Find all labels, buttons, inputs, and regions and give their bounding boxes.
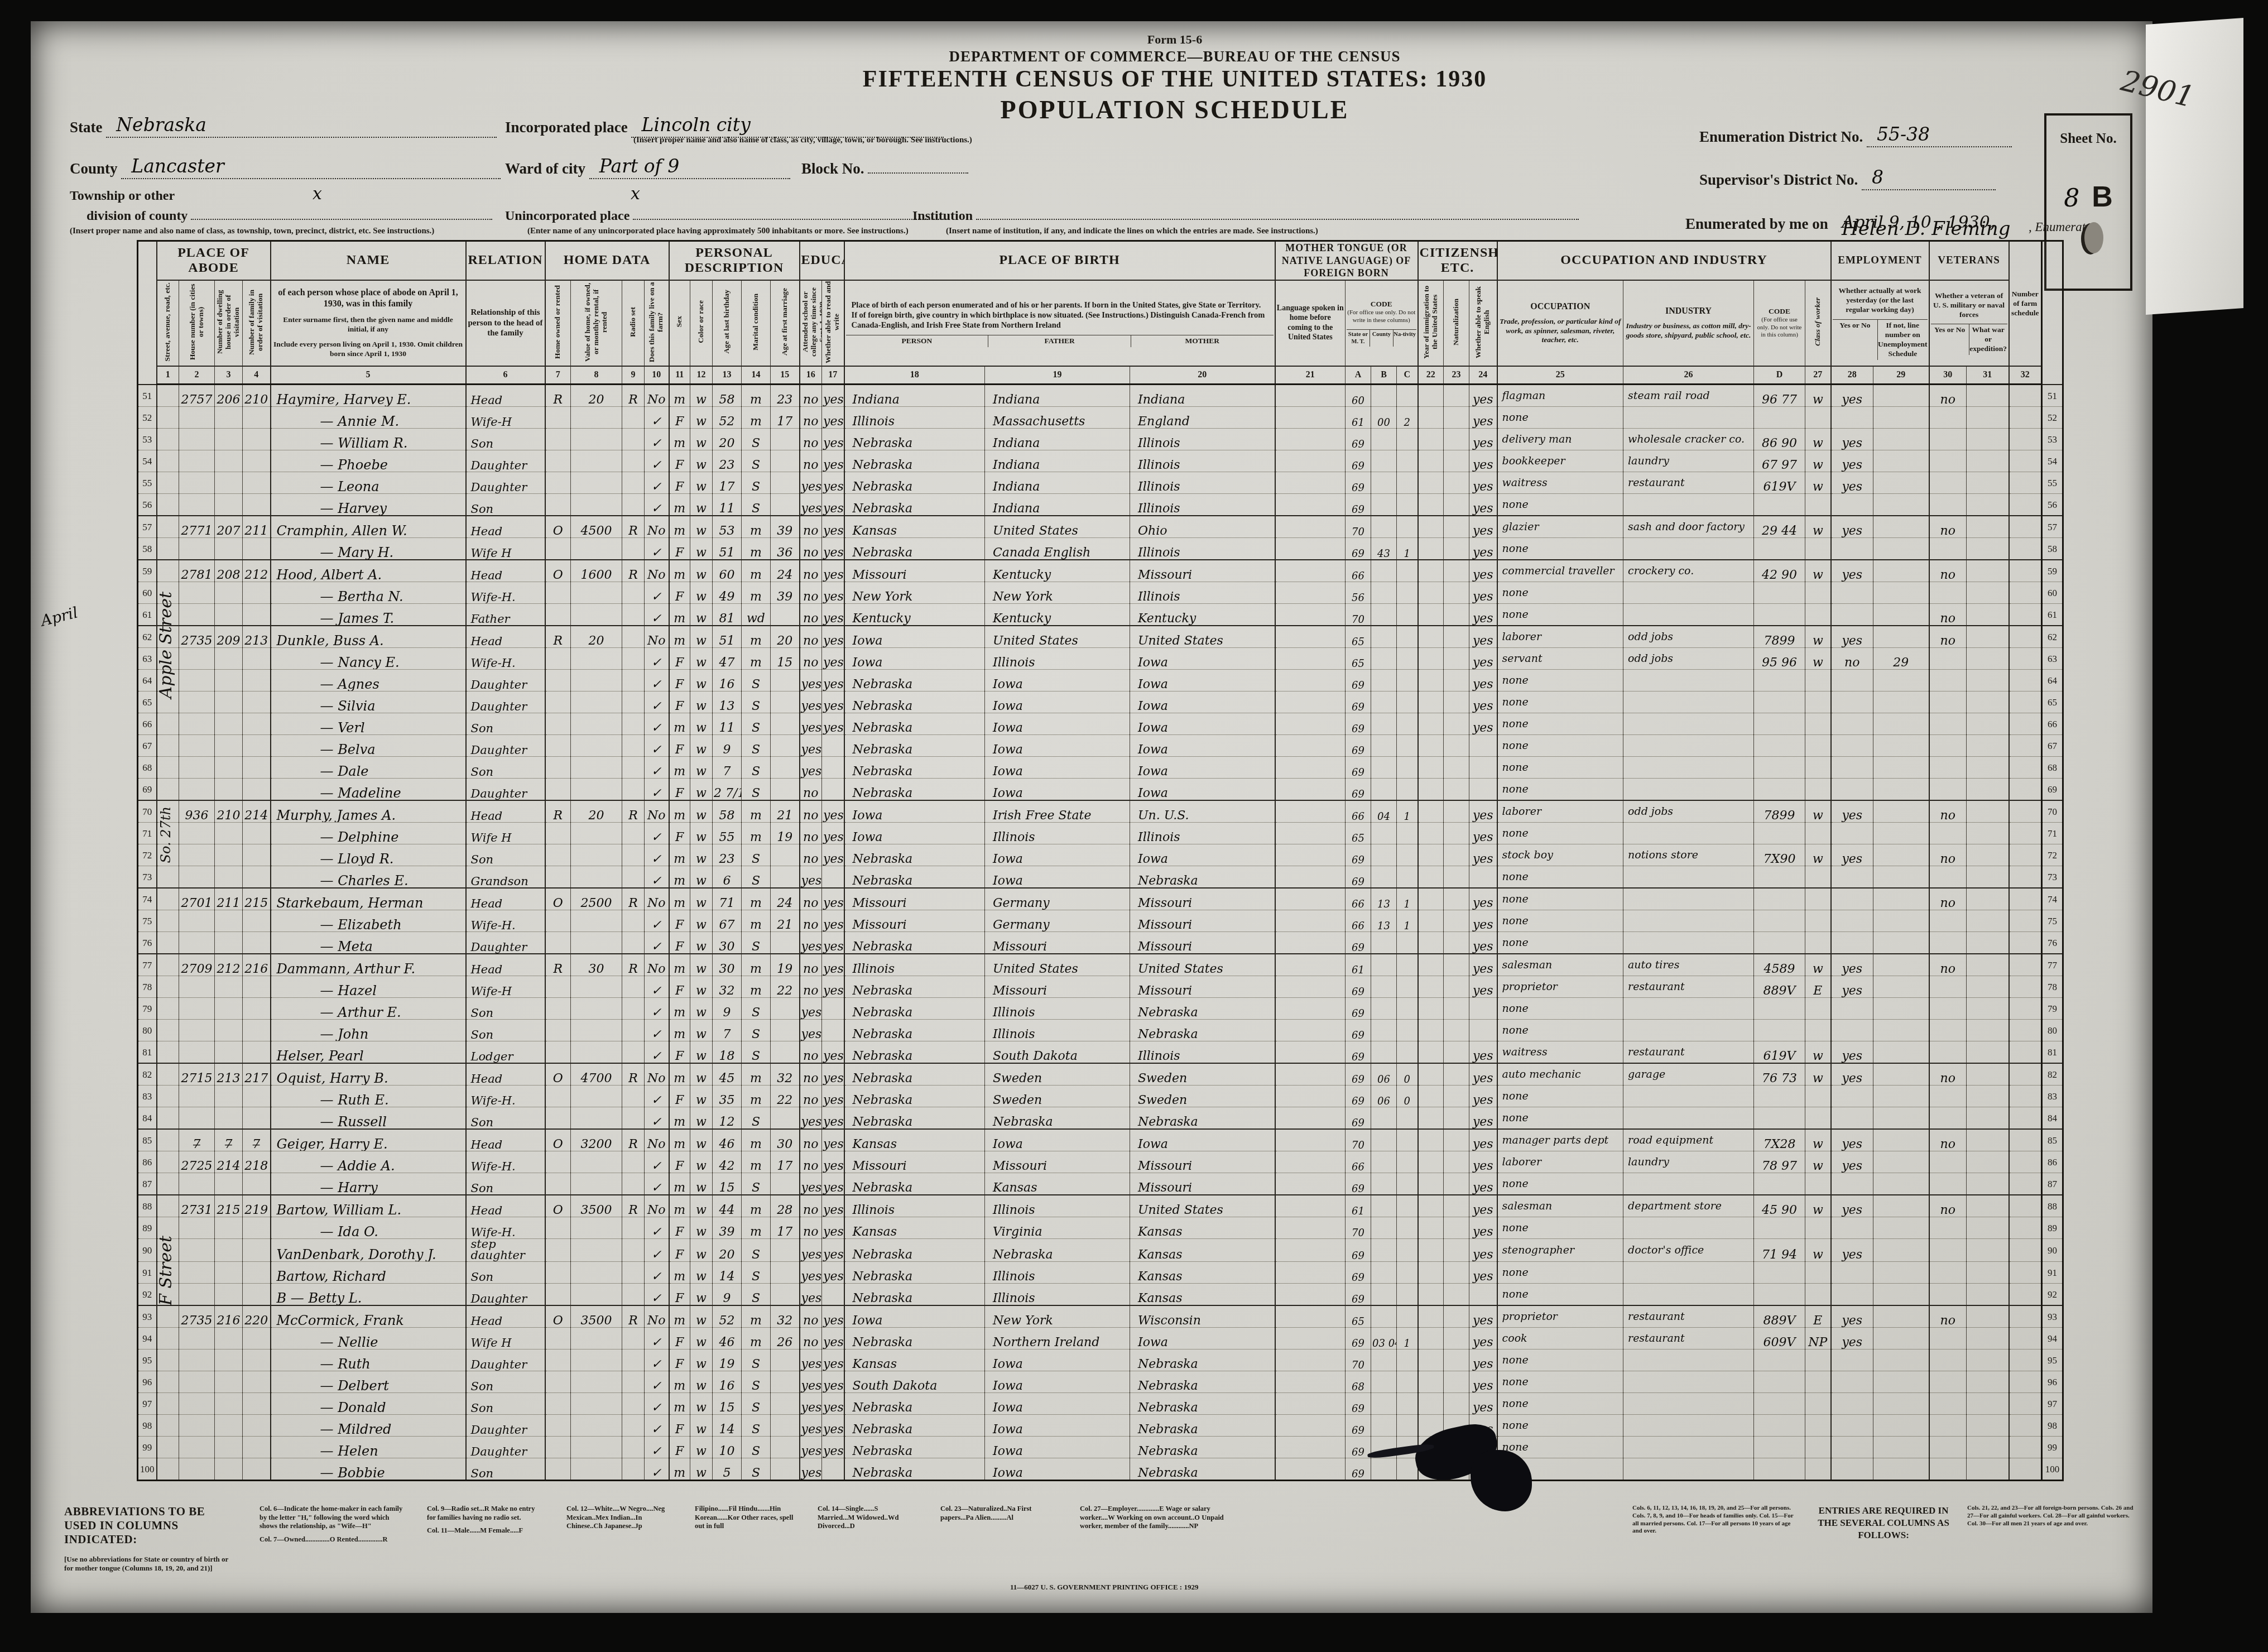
cell-code-d: 889V — [1754, 976, 1805, 998]
cell-name: — Russell — [271, 1107, 466, 1130]
cell-naturalization — [1444, 670, 1469, 691]
cell-veteran — [1929, 450, 1967, 472]
cell-code-c — [1397, 472, 1418, 494]
cell-code-a: 66 — [1346, 910, 1371, 932]
cell-owned-rented — [545, 910, 571, 932]
cell-code-b — [1371, 385, 1397, 407]
cell-birthplace-father: Massachusetts — [985, 407, 1130, 429]
cell-home-value — [571, 1350, 622, 1371]
cell-read-write: yes — [822, 1239, 844, 1262]
line-number-left: 54 — [138, 450, 157, 472]
cell-race: w — [690, 691, 713, 713]
cell-relationship: Daughter — [466, 450, 545, 472]
cell-owned-rented — [545, 538, 571, 560]
cell-occupation: none — [1497, 1217, 1623, 1239]
cell-class-of-worker: w — [1805, 1063, 1831, 1086]
cell-home-value — [571, 1107, 622, 1130]
cell-veteran — [1929, 670, 1967, 691]
cell-code-c — [1397, 1129, 1418, 1151]
cell-attended-school: yes — [800, 713, 822, 735]
cell-read-write: yes — [822, 1415, 844, 1437]
cell-birthplace-mother: Illinois — [1130, 472, 1275, 494]
cell-relationship: Head — [466, 560, 545, 582]
cell-street — [157, 976, 179, 998]
cell-attended-school: no — [800, 1129, 822, 1151]
cell-birthplace-person: Nebraska — [844, 429, 985, 450]
cell-marital: m — [742, 1151, 771, 1173]
cell-house-number — [179, 670, 215, 691]
cell-dwelling-number — [215, 823, 243, 844]
cell-street — [157, 1305, 179, 1328]
cell-unemployment-line — [1873, 713, 1929, 735]
cell-farm: ✓ — [645, 472, 669, 494]
cell-age: 42 — [713, 1151, 742, 1173]
footer-col23: Col. 23—Naturalized..Na First papers...P… — [940, 1505, 1046, 1522]
cell-code-a: 66 — [1346, 1151, 1371, 1173]
cell-dwelling-number — [215, 998, 243, 1020]
group-employment: EMPLOYMENT — [1831, 241, 1929, 280]
cell-age-first-marriage — [771, 494, 800, 516]
cell-class-of-worker — [1805, 998, 1831, 1020]
cell-radio-set — [622, 823, 645, 844]
cell-farm-schedule — [2009, 1371, 2042, 1393]
cell-birthplace-person: Missouri — [844, 888, 985, 910]
cell-age: 15 — [713, 1173, 742, 1195]
cell-speak-english: yes — [1469, 407, 1497, 429]
cell-family-number — [243, 670, 271, 691]
cell-code-c: 1 — [1397, 1328, 1418, 1350]
line-number-left: 83 — [138, 1086, 157, 1107]
cell-war — [1967, 1129, 2009, 1151]
cell-naturalization — [1444, 429, 1469, 450]
line-number-right: 73 — [2042, 866, 2063, 889]
cell-industry — [1623, 998, 1754, 1020]
cell-farm: ✓ — [645, 1262, 669, 1284]
cell-dwelling-number — [215, 1437, 243, 1458]
cell-race: w — [690, 823, 713, 844]
cell-speak-english — [1469, 1284, 1497, 1306]
cell-name: — John — [271, 1020, 466, 1041]
cell-occupation: none — [1497, 998, 1623, 1020]
cell-age-first-marriage: 36 — [771, 538, 800, 560]
cell-age: 15 — [713, 1393, 742, 1415]
cell-code-a: 69 — [1346, 429, 1371, 450]
cell-dwelling-number — [215, 429, 243, 450]
cell-street — [157, 757, 179, 779]
cell-street — [157, 1129, 179, 1151]
cell-worked-yesterday: yes — [1831, 1239, 1873, 1262]
cell-radio-set — [622, 1437, 645, 1458]
cell-farm: ✓ — [645, 648, 669, 670]
cell-house-number — [179, 648, 215, 670]
cell-family-number — [243, 713, 271, 735]
cell-read-write: yes — [822, 626, 844, 648]
cell-name: Oquist, Harry B. — [271, 1063, 466, 1086]
cell-occupation: none — [1497, 866, 1623, 889]
cell-naturalization — [1444, 1151, 1469, 1173]
cell-war — [1967, 385, 2009, 407]
cell-industry: road equipment — [1623, 1129, 1754, 1151]
cell-industry — [1623, 1086, 1754, 1107]
cell-relationship: Son — [466, 1020, 545, 1041]
cell-attended-school: no — [800, 976, 822, 998]
cell-house-number — [179, 1393, 215, 1415]
cell-class-of-worker: w — [1805, 429, 1831, 450]
cell-race: w — [690, 1173, 713, 1195]
cell-occupation: auto mechanic — [1497, 1063, 1623, 1086]
cell-street — [157, 1086, 179, 1107]
cell-owned-rented — [545, 494, 571, 516]
cell-family-number — [243, 1217, 271, 1239]
cell-birthplace-father: United States — [985, 954, 1130, 976]
cell-language — [1275, 494, 1346, 516]
cell-class-of-worker — [1805, 1262, 1831, 1284]
cell-read-write: yes — [822, 450, 844, 472]
cell-war — [1967, 1086, 2009, 1107]
code-title: CODE — [1347, 300, 1416, 309]
cell-relationship: Son — [466, 1458, 545, 1481]
cell-occupation: none — [1497, 604, 1623, 626]
cell-code-b — [1371, 1195, 1397, 1217]
cell-age-first-marriage: 24 — [771, 888, 800, 910]
state-field: State Nebraska — [70, 115, 497, 138]
cell-age-first-marriage — [771, 1284, 800, 1306]
cell-birthplace-mother: Nebraska — [1130, 1415, 1275, 1437]
cell-industry — [1623, 604, 1754, 626]
table-row: 95 — Ruth Daughter ✓ F w 19 S yes yes Ka… — [138, 1350, 2063, 1371]
table-row: 56 — Harvey Son ✓ m w 11 S yes yes Nebra… — [138, 494, 2063, 516]
cell-code-c — [1397, 1195, 1418, 1217]
cell-street — [157, 866, 179, 889]
cell-age: 12 — [713, 1107, 742, 1130]
cell-code-d — [1754, 779, 1805, 801]
cell-relationship: Head — [466, 888, 545, 910]
cell-owned-rented: R — [545, 954, 571, 976]
cell-code-a: 65 — [1346, 648, 1371, 670]
cell-farm: ✓ — [645, 1458, 669, 1481]
cell-occupation: laborer — [1497, 1151, 1623, 1173]
table-row: 100 — Bobbie Son ✓ m w 5 S yes Nebraska … — [138, 1458, 2063, 1481]
cell-age: 2 7/12 — [713, 779, 742, 801]
cell-occupation: none — [1497, 910, 1623, 932]
cell-street — [157, 1458, 179, 1481]
col-marital: Marital condition — [742, 280, 771, 367]
table-row: 65 — Silvia Daughter ✓ F w 13 S yes yes … — [138, 691, 2063, 713]
cell-owned-rented: O — [545, 888, 571, 910]
township-field: division of county — [87, 204, 492, 224]
cell-birthplace-person: Nebraska — [844, 844, 985, 866]
cell-birthplace-father: New York — [985, 582, 1130, 604]
cell-industry — [1623, 1393, 1754, 1415]
cell-birthplace-mother: Nebraska — [1130, 1458, 1275, 1481]
cell-speak-english: yes — [1469, 910, 1497, 932]
cell-unemployment-line — [1873, 494, 1929, 516]
cell-code-b — [1371, 472, 1397, 494]
col-class-of-worker: Class of worker — [1805, 280, 1831, 367]
cell-code-d: 7899 — [1754, 800, 1805, 823]
cell-code-a: 69 — [1346, 1415, 1371, 1437]
cell-naturalization — [1444, 998, 1469, 1020]
cell-farm-schedule — [2009, 1284, 2042, 1306]
cell-family-number — [243, 932, 271, 954]
cell-code-a: 69 — [1346, 1063, 1371, 1086]
cell-speak-english: yes — [1469, 844, 1497, 866]
cell-code-c — [1397, 823, 1418, 844]
cell-read-write: yes — [822, 1305, 844, 1328]
cell-unemployment-line — [1873, 735, 1929, 757]
cell-code-b — [1371, 713, 1397, 735]
cell-birthplace-father: Virginia — [985, 1217, 1130, 1239]
cell-age-first-marriage — [771, 1458, 800, 1481]
cell-class-of-worker — [1805, 932, 1831, 954]
cell-war — [1967, 823, 2009, 844]
cell-sex: m — [669, 713, 690, 735]
cell-relationship: Head — [466, 1063, 545, 1086]
table-row: 67 — Belva Daughter ✓ F w 9 S yes Nebras… — [138, 735, 2063, 757]
cell-code-d: 86 90 — [1754, 429, 1805, 450]
cell-birthplace-mother: Nebraska — [1130, 1437, 1275, 1458]
cell-read-write: yes — [822, 560, 844, 582]
cell-language — [1275, 538, 1346, 560]
cell-speak-english: yes — [1469, 954, 1497, 976]
cell-street — [157, 450, 179, 472]
cell-read-write: yes — [822, 1173, 844, 1195]
cell-read-write: yes — [822, 670, 844, 691]
cell-name: — Ida O. — [271, 1217, 466, 1239]
cell-street — [157, 582, 179, 604]
cell-code-b — [1371, 582, 1397, 604]
cell-attended-school: yes — [800, 1415, 822, 1437]
cell-immigration-year — [1418, 1371, 1444, 1393]
cell-occupation: none — [1497, 1020, 1623, 1041]
cell-age-first-marriage — [771, 757, 800, 779]
cell-class-of-worker — [1805, 494, 1831, 516]
supervisor-district-value: 8 — [1862, 166, 1894, 188]
cell-war — [1967, 998, 2009, 1020]
line-number-left: 72 — [138, 844, 157, 866]
cell-age: 44 — [713, 1195, 742, 1217]
cell-unemployment-line — [1873, 1063, 1929, 1086]
cell-farm-schedule — [2009, 1107, 2042, 1130]
cell-farm: ✓ — [645, 429, 669, 450]
cell-code-c — [1397, 1262, 1418, 1284]
cell-birthplace-person: Nebraska — [844, 494, 985, 516]
occupation-title: OCCUPATION — [1499, 301, 1622, 313]
cell-race: w — [690, 735, 713, 757]
cell-birthplace-mother: Iowa — [1130, 757, 1275, 779]
cell-code-c — [1397, 691, 1418, 713]
cell-occupation: stenographer — [1497, 1239, 1623, 1262]
cell-unemployment-line — [1873, 1415, 1929, 1437]
cell-sex: F — [669, 1041, 690, 1064]
cell-relationship: Head — [466, 516, 545, 538]
county-field: County Lancaster — [70, 156, 501, 179]
table-row: 73 — Charles E. Grandson ✓ m w 6 S yes N… — [138, 866, 2063, 889]
table-row: 64 — Agnes Daughter ✓ F w 16 S yes yes N… — [138, 670, 2063, 691]
cell-code-c — [1397, 1284, 1418, 1306]
cell-birthplace-mother: Illinois — [1130, 450, 1275, 472]
cell-naturalization — [1444, 1371, 1469, 1393]
cell-unemployment-line — [1873, 800, 1929, 823]
cell-farm: ✓ — [645, 1041, 669, 1064]
line-number-left: 81 — [138, 1041, 157, 1064]
group-name: NAME — [271, 241, 466, 280]
cell-marital: S — [742, 1350, 771, 1371]
cell-age-first-marriage — [771, 1020, 800, 1041]
cell-birthplace-person: Nebraska — [844, 757, 985, 779]
cell-farm-schedule — [2009, 1350, 2042, 1371]
cell-family-number — [243, 1041, 271, 1064]
cell-race: w — [690, 1371, 713, 1393]
line-number-left: 99 — [138, 1437, 157, 1458]
cell-sex: F — [669, 407, 690, 429]
cell-birthplace-mother: Illinois — [1130, 494, 1275, 516]
line-number-right: 78 — [2042, 976, 2063, 998]
cell-farm-schedule — [2009, 1262, 2042, 1284]
cell-worked-yesterday — [1831, 998, 1873, 1020]
cell-speak-english: yes — [1469, 691, 1497, 713]
cell-class-of-worker: w — [1805, 800, 1831, 823]
cell-owned-rented: O — [545, 1305, 571, 1328]
table-row: 62 2735 209 213 Dunkle, Buss A. Head R 2… — [138, 626, 2063, 648]
cell-unemployment-line — [1873, 1393, 1929, 1415]
cell-relationship: Son — [466, 1107, 545, 1130]
cell-worked-yesterday — [1831, 494, 1873, 516]
cell-radio-set — [622, 691, 645, 713]
cell-birthplace-father: Illinois — [985, 1284, 1130, 1306]
cell-dwelling-number — [215, 976, 243, 998]
cell-house-number: 2757 — [179, 385, 215, 407]
cell-birthplace-father: Kansas — [985, 1173, 1130, 1195]
cell-home-value — [571, 1458, 622, 1481]
cell-code-b — [1371, 735, 1397, 757]
cell-attended-school: no — [800, 516, 822, 538]
cell-naturalization — [1444, 1217, 1469, 1239]
line-number-left: 75 — [138, 910, 157, 932]
cell-farm: ✓ — [645, 1393, 669, 1415]
cell-house-number — [179, 1371, 215, 1393]
cell-veteran — [1929, 932, 1967, 954]
cell-street — [157, 1195, 179, 1217]
cell-farm-schedule — [2009, 1020, 2042, 1041]
cell-age: 13 — [713, 691, 742, 713]
cell-name: — Harvey — [271, 494, 466, 516]
cell-code-a: 70 — [1346, 516, 1371, 538]
cell-sex: m — [669, 866, 690, 889]
cell-age: 67 — [713, 910, 742, 932]
cell-marital: m — [742, 1063, 771, 1086]
table-row: 78 — Hazel Wife-H ✓ F w 32 m 22 no yes N… — [138, 976, 2063, 998]
cell-house-number — [179, 407, 215, 429]
table-row: 54 — Phoebe Daughter ✓ F w 23 S no yes N… — [138, 450, 2063, 472]
cell-unemployment-line — [1873, 1371, 1929, 1393]
cell-name: — Donald — [271, 1393, 466, 1415]
unemployment-line-label: If not, line number on Unemployment Sche… — [1877, 320, 1928, 360]
cell-worked-yesterday — [1831, 670, 1873, 691]
cell-house-number — [179, 1217, 215, 1239]
cell-immigration-year — [1418, 472, 1444, 494]
cell-birthplace-person: Nebraska — [844, 713, 985, 735]
cell-code-a: 69 — [1346, 735, 1371, 757]
cell-occupation: flagman — [1497, 385, 1623, 407]
cell-code-c — [1397, 1305, 1418, 1328]
cell-name: Helser, Pearl — [271, 1041, 466, 1064]
cell-family-number — [243, 757, 271, 779]
cell-radio-set — [622, 670, 645, 691]
cell-worked-yesterday — [1831, 932, 1873, 954]
cell-veteran — [1929, 1217, 1967, 1239]
cell-worked-yesterday: no — [1831, 648, 1873, 670]
cell-birthplace-person: Nebraska — [844, 450, 985, 472]
line-number-left: 97 — [138, 1393, 157, 1415]
cell-attended-school: no — [800, 910, 822, 932]
cell-industry: odd jobs — [1623, 648, 1754, 670]
cell-age-first-marriage — [771, 691, 800, 713]
cell-dwelling-number — [215, 1217, 243, 1239]
cell-street — [157, 910, 179, 932]
table-row: 72 — Lloyd R. Son ✓ m w 23 S no yes Nebr… — [138, 844, 2063, 866]
cell-farm: ✓ — [645, 582, 669, 604]
cell-read-write: yes — [822, 516, 844, 538]
cell-family-number — [243, 1458, 271, 1481]
cell-worked-yesterday — [1831, 910, 1873, 932]
cell-code-b: 06 — [1371, 1063, 1397, 1086]
cell-industry — [1623, 538, 1754, 560]
cell-birthplace-father: Iowa — [985, 713, 1130, 735]
cell-code-a: 61 — [1346, 954, 1371, 976]
cell-war — [1967, 1041, 2009, 1064]
cell-name: — Meta — [271, 932, 466, 954]
cell-industry: garage — [1623, 1063, 1754, 1086]
cell-attended-school: no — [800, 1086, 822, 1107]
cell-war — [1967, 1262, 2009, 1284]
line-number-right: 81 — [2042, 1041, 2063, 1064]
line-number-right: 67 — [2042, 735, 2063, 757]
cell-radio-set: R — [622, 560, 645, 582]
cell-relationship: Wife-H. — [466, 582, 545, 604]
cell-industry — [1623, 670, 1754, 691]
cell-name: — Bobbie — [271, 1458, 466, 1481]
cell-race: w — [690, 1217, 713, 1239]
table-row: 98 — Mildred Daughter ✓ F w 14 S yes yes… — [138, 1415, 2063, 1437]
cell-birthplace-person: Iowa — [844, 648, 985, 670]
cell-occupation: none — [1497, 494, 1623, 516]
cell-industry — [1623, 407, 1754, 429]
cell-sex: F — [669, 976, 690, 998]
table-row: 63 — Nancy E. Wife-H. ✓ F w 47 m 15 no y… — [138, 648, 2063, 670]
line-number-left: 66 — [138, 713, 157, 735]
cell-farm: ✓ — [645, 976, 669, 998]
unincorporated-xmark: x — [631, 184, 640, 204]
cell-sex: m — [669, 1063, 690, 1086]
cell-name: — Hazel — [271, 976, 466, 998]
entries-title: ENTRIES ARE REQUIRED IN THE SEVERAL COLU… — [1811, 1505, 1956, 1541]
population-schedule-table: PLACE OF ABODE NAME RELATION HOME DATA P… — [137, 240, 2064, 1481]
cell-race: w — [690, 1239, 713, 1262]
cell-relationship: Head — [466, 385, 545, 407]
cell-family-number — [243, 538, 271, 560]
cell-radio-set — [622, 1217, 645, 1239]
cell-age: 14 — [713, 1415, 742, 1437]
cell-language — [1275, 954, 1346, 976]
cell-speak-english: yes — [1469, 1195, 1497, 1217]
cell-age: 51 — [713, 538, 742, 560]
cell-age: 52 — [713, 1305, 742, 1328]
unincorporated-label: Unincorporated place — [505, 209, 630, 223]
line-number-left: 62 — [138, 626, 157, 648]
cell-dwelling-number — [215, 1107, 243, 1130]
cell-family-number — [243, 450, 271, 472]
